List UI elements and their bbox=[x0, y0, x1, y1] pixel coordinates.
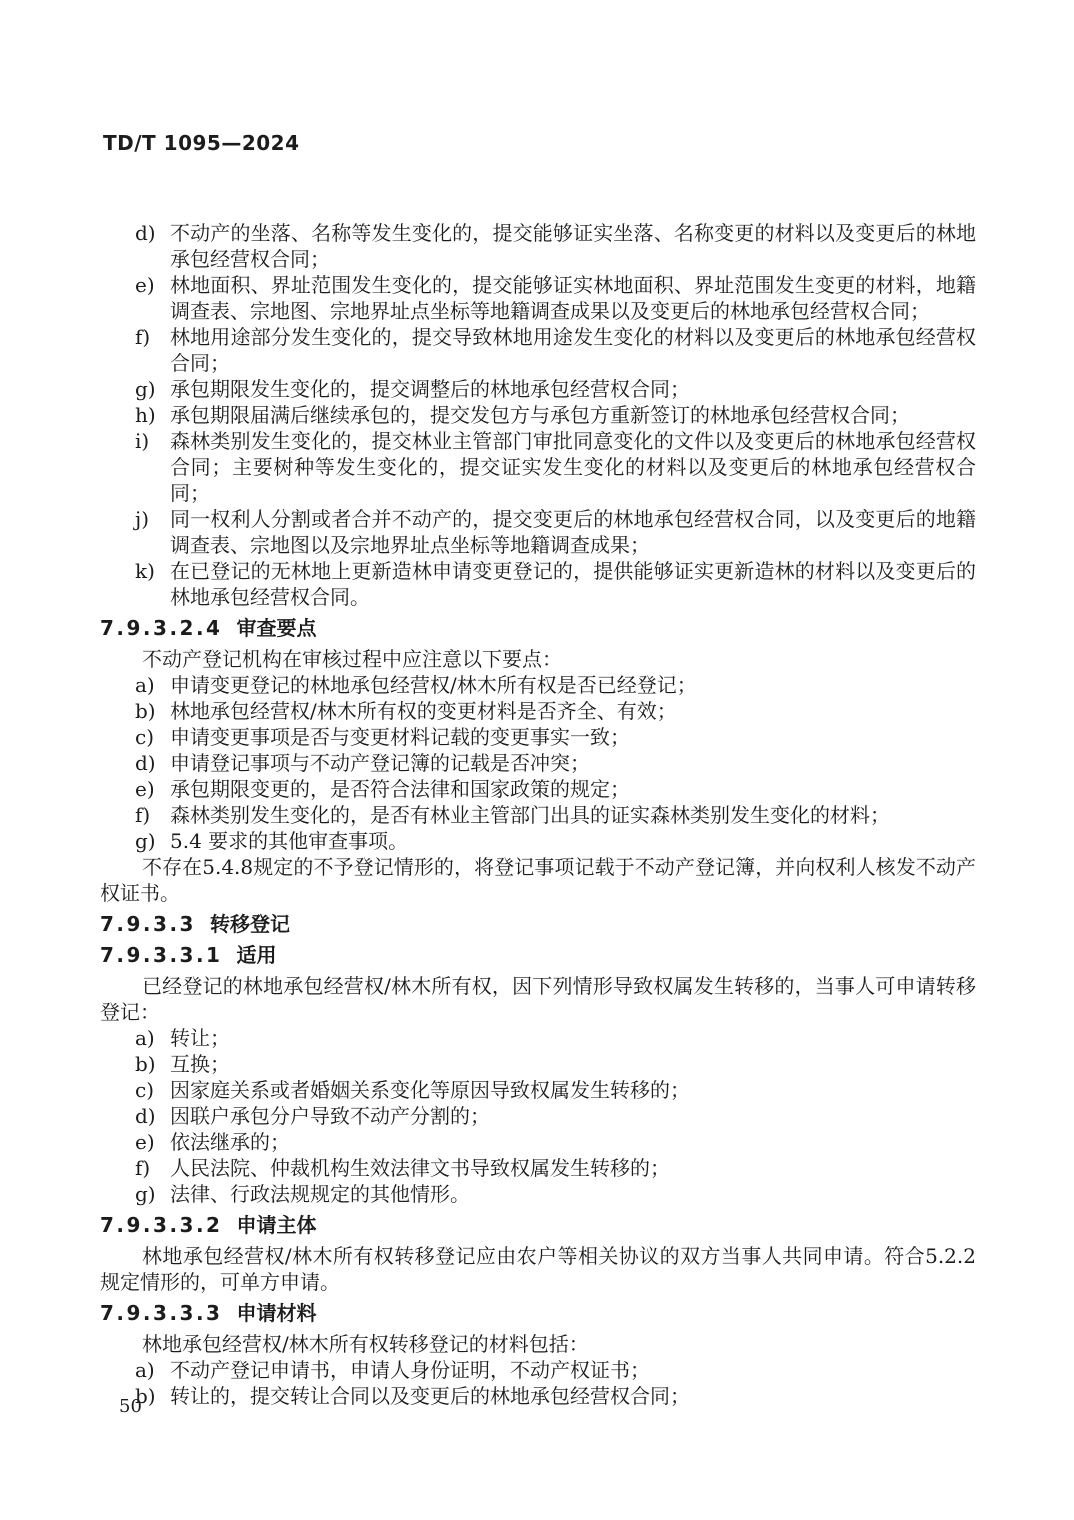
item-label: i) bbox=[135, 428, 149, 454]
list-item: g) 法律、行政法规规定的其他情形。 bbox=[100, 1181, 976, 1207]
list-item: d) 不动产的坐落、名称等发生变化的，提交能够证实坐落、名称变更的材料以及变更后… bbox=[100, 220, 976, 272]
item-text: 不动产登记申请书，申请人身份证明，不动产权证书； bbox=[170, 1358, 650, 1382]
item-text: 承包期限变更的，是否符合法律和国家政策的规定； bbox=[170, 777, 630, 801]
list-item: a) 转让； bbox=[100, 1025, 976, 1051]
section-number: 7.9.3.3.2 bbox=[100, 1213, 222, 1237]
list-item: c) 申请变更事项是否与变更材料记载的变更事实一致； bbox=[100, 724, 976, 750]
list-item: a) 不动产登记申请书，申请人身份证明，不动产权证书； bbox=[100, 1357, 976, 1383]
section-heading-application-materials: 7.9.3.3.3申请材料 bbox=[100, 1300, 976, 1326]
section-title: 申请主体 bbox=[236, 1213, 316, 1237]
item-text: 森林类别发生变化的，提交林业主管部门审批同意变化的文件以及变更后的林地承包经营权… bbox=[170, 429, 976, 505]
section-title: 申请材料 bbox=[236, 1301, 316, 1325]
item-text: 不动产的坐落、名称等发生变化的，提交能够证实坐落、名称变更的材料以及变更后的林地… bbox=[170, 221, 976, 271]
list-item: j) 同一权利人分割或者合并不动产的，提交变更后的林地承包经营权合同，以及变更后… bbox=[100, 506, 976, 558]
item-label: g) bbox=[135, 1181, 156, 1207]
item-text: 申请变更登记的林地承包经营权/林木所有权是否已经登记； bbox=[170, 673, 697, 697]
list-item: b) 林地承包经营权/林木所有权的变更材料是否齐全、有效； bbox=[100, 698, 976, 724]
item-label: c) bbox=[135, 724, 154, 750]
standard-number-header: TD/T 1095—2024 bbox=[103, 130, 299, 156]
page-content: d) 不动产的坐落、名称等发生变化的，提交能够证实坐落、名称变更的材料以及变更后… bbox=[100, 220, 976, 1409]
item-text: 林地用途部分发生变化的，提交导致林地用途发生变化的材料以及变更后的林地承包经营权… bbox=[170, 325, 976, 375]
list-item: g) 承包期限发生变化的，提交调整后的林地承包经营权合同； bbox=[100, 376, 976, 402]
item-text: 申请登记事项与不动产登记簿的记载是否冲突； bbox=[170, 751, 590, 775]
list-item: k) 在已登记的无林地上更新造林申请变更登记的，提供能够证实更新造林的材料以及变… bbox=[100, 558, 976, 610]
transfer-circumstances-list: a) 转让； b) 互换； c) 因家庭关系或者婚姻关系变化等原因导致权属发生转… bbox=[100, 1025, 976, 1207]
review-points-list: a) 申请变更登记的林地承包经营权/林木所有权是否已经登记； b) 林地承包经营… bbox=[100, 672, 976, 854]
list-item: e) 承包期限变更的，是否符合法律和国家政策的规定； bbox=[100, 776, 976, 802]
item-text: 转让的，提交转让合同以及变更后的林地承包经营权合同； bbox=[170, 1384, 690, 1408]
item-label: c) bbox=[135, 1077, 154, 1103]
paragraph: 已经登记的林地承包经营权/林木所有权，因下列情形导致权属发生转移的，当事人可申请… bbox=[100, 973, 976, 1025]
item-label: e) bbox=[135, 776, 155, 802]
item-text: 人民法院、仲裁机构生效法律文书导致权属发生转移的； bbox=[170, 1156, 670, 1180]
document-page: TD/T 1095—2024 d) 不动产的坐落、名称等发生变化的，提交能够证实… bbox=[0, 0, 1074, 1520]
item-label: f) bbox=[135, 802, 150, 828]
item-text: 5.4 要求的其他审查事项。 bbox=[170, 829, 408, 853]
list-item: f) 人民法院、仲裁机构生效法律文书导致权属发生转移的； bbox=[100, 1155, 976, 1181]
item-label: e) bbox=[135, 272, 155, 298]
section-title: 转移登记 bbox=[210, 912, 290, 936]
list-item: b) 转让的，提交转让合同以及变更后的林地承包经营权合同； bbox=[100, 1383, 976, 1409]
section-title: 审查要点 bbox=[236, 616, 316, 640]
section-number: 7.9.3.2.4 bbox=[100, 616, 222, 640]
item-text: 承包期限届满后继续承包的，提交发包方与承包方重新签订的林地承包经营权合同； bbox=[170, 403, 910, 427]
item-label: d) bbox=[135, 750, 156, 776]
item-text: 承包期限发生变化的，提交调整后的林地承包经营权合同； bbox=[170, 377, 690, 401]
item-text: 互换； bbox=[170, 1052, 230, 1076]
item-text: 因联户承包分户导致不动产分割的； bbox=[170, 1104, 490, 1128]
paragraph: 不动产登记机构在审核过程中应注意以下要点： bbox=[100, 646, 976, 672]
item-label: a) bbox=[135, 672, 155, 698]
item-label: d) bbox=[135, 220, 156, 246]
item-text: 同一权利人分割或者合并不动产的，提交变更后的林地承包经营权合同，以及变更后的地籍… bbox=[170, 507, 976, 557]
item-text: 在已登记的无林地上更新造林申请变更登记的，提供能够证实更新造林的材料以及变更后的… bbox=[170, 559, 976, 609]
item-label: j) bbox=[135, 506, 149, 532]
list-item: f) 森林类别发生变化的，是否有林业主管部门出具的证实森林类别发生变化的材料； bbox=[100, 802, 976, 828]
section-number: 7.9.3.3 bbox=[100, 912, 196, 936]
section-title: 适用 bbox=[236, 943, 276, 967]
item-text: 林地面积、界址范围发生变化的，提交能够证实林地面积、界址范围发生变更的材料，地籍… bbox=[170, 273, 976, 323]
item-label: a) bbox=[135, 1025, 155, 1051]
list-item: c) 因家庭关系或者婚姻关系变化等原因导致权属发生转移的； bbox=[100, 1077, 976, 1103]
paragraph: 林地承包经营权/林木所有权转移登记的材料包括： bbox=[100, 1331, 976, 1357]
list-item: a) 申请变更登记的林地承包经营权/林木所有权是否已经登记； bbox=[100, 672, 976, 698]
list-item: g) 5.4 要求的其他审查事项。 bbox=[100, 828, 976, 854]
list-item: i) 森林类别发生变化的，提交林业主管部门审批同意变化的文件以及变更后的林地承包… bbox=[100, 428, 976, 506]
list-item: e) 林地面积、界址范围发生变化的，提交能够证实林地面积、界址范围发生变更的材料… bbox=[100, 272, 976, 324]
list-item: d) 因联户承包分户导致不动产分割的； bbox=[100, 1103, 976, 1129]
item-label: g) bbox=[135, 828, 156, 854]
list-item: h) 承包期限届满后继续承包的，提交发包方与承包方重新签订的林地承包经营权合同； bbox=[100, 402, 976, 428]
list-item: e) 依法继承的； bbox=[100, 1129, 976, 1155]
paragraph: 不存在5.4.8规定的不予登记情形的，将登记事项记载于不动产登记簿，并向权利人核… bbox=[100, 854, 976, 906]
section-heading-applicant: 7.9.3.3.2申请主体 bbox=[100, 1212, 976, 1238]
item-text: 法律、行政法规规定的其他情形。 bbox=[170, 1182, 470, 1206]
item-text: 林地承包经营权/林木所有权的变更材料是否齐全、有效； bbox=[170, 699, 677, 723]
item-label: f) bbox=[135, 324, 150, 350]
list-item: b) 互换； bbox=[100, 1051, 976, 1077]
paragraph: 林地承包经营权/林木所有权转移登记应由农户等相关协议的双方当事人共同申请。符合5… bbox=[100, 1243, 976, 1295]
section-number: 7.9.3.3.1 bbox=[100, 943, 222, 967]
item-text: 森林类别发生变化的，是否有林业主管部门出具的证实森林类别发生变化的材料； bbox=[170, 803, 890, 827]
item-label: h) bbox=[135, 402, 156, 428]
item-label: f) bbox=[135, 1155, 150, 1181]
item-label: g) bbox=[135, 376, 156, 402]
item-label: a) bbox=[135, 1357, 155, 1383]
item-label: d) bbox=[135, 1103, 156, 1129]
section-heading-review-points: 7.9.3.2.4审查要点 bbox=[100, 615, 976, 641]
item-text: 申请变更事项是否与变更材料记载的变更事实一致； bbox=[170, 725, 630, 749]
item-label: b) bbox=[135, 698, 156, 724]
page-number: 50 bbox=[119, 1394, 142, 1420]
item-label: b) bbox=[135, 1051, 156, 1077]
list-item: d) 申请登记事项与不动产登记簿的记载是否冲突； bbox=[100, 750, 976, 776]
list-item: f) 林地用途部分发生变化的，提交导致林地用途发生变化的材料以及变更后的林地承包… bbox=[100, 324, 976, 376]
item-text: 因家庭关系或者婚姻关系变化等原因导致权属发生转移的； bbox=[170, 1078, 690, 1102]
amendment-materials-list: d) 不动产的坐落、名称等发生变化的，提交能够证实坐落、名称变更的材料以及变更后… bbox=[100, 220, 976, 610]
section-heading-transfer-registration: 7.9.3.3转移登记 bbox=[100, 911, 976, 937]
item-label: k) bbox=[135, 558, 155, 584]
transfer-materials-list: a) 不动产登记申请书，申请人身份证明，不动产权证书； b) 转让的，提交转让合… bbox=[100, 1357, 976, 1409]
item-label: e) bbox=[135, 1129, 155, 1155]
item-text: 转让； bbox=[170, 1026, 230, 1050]
section-heading-applicability: 7.9.3.3.1适用 bbox=[100, 942, 976, 968]
section-number: 7.9.3.3.3 bbox=[100, 1301, 222, 1325]
item-text: 依法继承的； bbox=[170, 1130, 290, 1154]
